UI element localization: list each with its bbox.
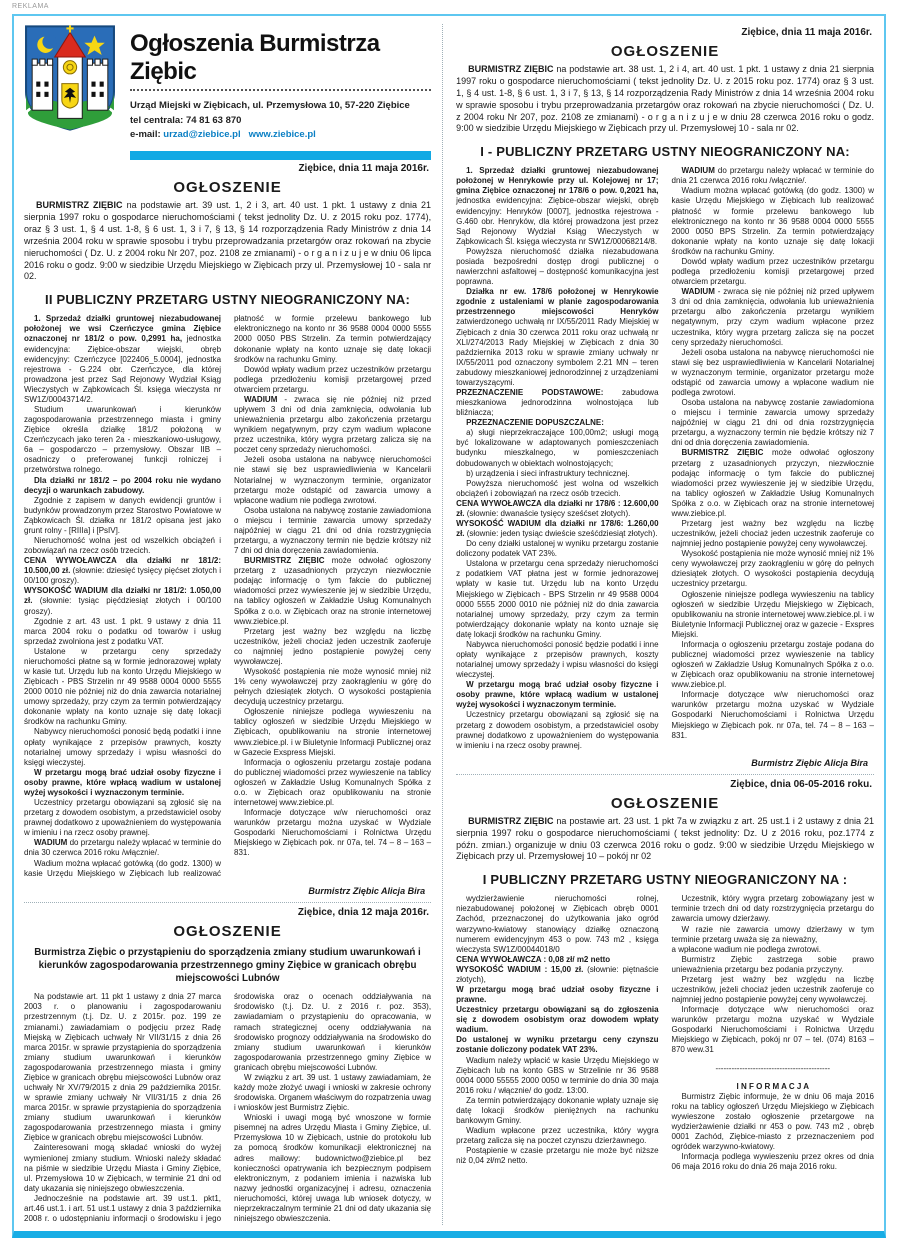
reklama-label: REKLAMA (12, 3, 49, 10)
paragraph: Do ustalonej w wyniku przetargu ceny czy… (456, 1035, 658, 1055)
paragraph: 1. Sprzedaż działki gruntowej niezabudow… (456, 166, 658, 247)
paragraph: Uczestnik, który wygra przetarg zobowiąz… (672, 894, 874, 924)
intro-text: na podstawie art. 39 ust. 1, 2 i 3, art.… (24, 200, 431, 281)
paragraph: W przetargu mogą brać udział osoby fizyc… (456, 680, 658, 710)
paragraph: Do ceny działki ustalonej w wyniku przet… (456, 539, 658, 559)
paragraph: Powyższa nieruchomość działka niezabudow… (456, 247, 658, 287)
paragraph: PRZEZNACZENIE PODSTAWOWE: zabudowa miesz… (456, 388, 658, 418)
announcement-title: OGŁOSZENIE (456, 43, 874, 60)
mayor-signature: Burmistrz Ziębic Alicja Bira (24, 886, 425, 896)
paragraph: Zgodnie z zapisem w danych ewidencji gru… (24, 496, 221, 536)
auction-heading: I - PUBLICZNY PRZETARG USTNY NIEOGRANICZ… (456, 144, 874, 159)
intro-lead: BURMISTRZ ZIĘBIC (468, 64, 553, 74)
paragraph: Informacja o ogłoszeniu przetargu zostaj… (234, 758, 431, 808)
paragraph: Wadium można wpłacać gotówką (do godz. 1… (672, 186, 874, 257)
paragraph: Uczestnicy przetargu obowiązani są zgłos… (24, 798, 221, 838)
masthead-phone: tel centrala: 74 81 63 870 (130, 114, 431, 129)
paragraph: Ustalone w przetargu ceny sprzedaży nier… (24, 647, 221, 728)
paragraph: Nabywcy nieruchomości ponosić będą podat… (24, 727, 221, 767)
coat-of-arms-icon (24, 24, 116, 132)
announcement-title: OGŁOSZENIE (456, 795, 874, 812)
paragraph: Nieruchomość wolna jest od wszelkich obc… (24, 536, 221, 556)
email-link[interactable]: urzad@ziebice.pl (163, 129, 240, 140)
auction-heading: I PUBLICZNY PRZETARG USTNY NIEOGRANICZON… (456, 872, 874, 887)
announcement-right-top: Ziębice, dnia 11 maja 2016r. OGŁOSZENIE … (456, 27, 874, 768)
page-frame: Ogłoszenia Burmistrza Ziębic Urząd Miejs… (12, 14, 886, 1238)
paragraph: a wpłacone wadium nie podlega zwrotowi. (672, 945, 874, 955)
announcement-intro: BURMISTRZ ZIĘBIC na postawie art. 23 ust… (456, 816, 874, 864)
intro-lead: BURMISTRZ ZIĘBIC (36, 200, 123, 210)
announcement-date: Ziębice, dnia 11 maja 2016r. (456, 27, 872, 38)
left-column: Ogłoszenia Burmistrza Ziębic Urząd Miejs… (24, 24, 443, 1225)
paragraph: Informacja podlega wywieszeniu przez okr… (672, 1152, 874, 1172)
masthead-email-row: e-mail: urzad@ziebice.pl www.ziebice.pl (130, 128, 431, 143)
paragraph: CENA WYWOŁAWCZA dla działki nr 181/2: 10… (24, 556, 221, 586)
paragraph: I N F O R M A C J A (672, 1082, 874, 1092)
paragraph: wydzierżawienie nieruchomości rolnej, ni… (456, 894, 658, 954)
paragraph: Przetarg jest ważny bez względu na liczb… (672, 519, 874, 549)
paragraph: Informacje dotyczące w/w nieruchomości o… (234, 808, 431, 858)
paragraph: CENA WYWOŁAWCZA : 0,08 zł/ m2 netto (456, 955, 658, 965)
intro-text: na podstawie art. 38 ust. 1, 2 i 4, art.… (456, 64, 874, 133)
paragraph: Wysokość postąpienia nie może wynosić mn… (234, 667, 431, 707)
paragraph: Jeżeli osoba ustalona na nabywcę nieruch… (234, 455, 431, 505)
paragraph: PRZEZNACZENIE DOPUSZCZALNE: (456, 418, 658, 428)
paragraph: Postąpienie w czasie przetargu nie może … (456, 1146, 658, 1166)
paragraph: Osoba ustalona na nabywcę zostanie zawia… (672, 398, 874, 448)
announcement-title: OGŁOSZENIE (24, 179, 431, 196)
paragraph: Przetarg jest ważny bez względu na liczb… (234, 627, 431, 667)
masthead-title: Ogłoszenia Burmistrza Ziębic (130, 30, 431, 86)
announcement-date: Ziębice, dnia 12 maja 2016r. (24, 907, 429, 918)
paragraph: b) urządzenia i sieci infrastruktury tec… (456, 469, 658, 479)
section-divider (456, 774, 874, 776)
paragraph: Dowód wpłaty wadium przez uczestników pr… (672, 257, 874, 287)
paragraph: Wadium należy wpłacić w kasie Urzędu Mie… (456, 1056, 658, 1096)
paragraph: Burmistrz Ziębic informuje, że w dniu 06… (672, 1092, 874, 1152)
paragraph: ----------------------------------------… (672, 1064, 874, 1074)
announcement-body: wydzierżawienie nieruchomości rolnej, ni… (456, 894, 874, 1172)
announcement-body: 1. Sprzedaż działki gruntowej niezabudow… (456, 166, 874, 751)
paragraph: Działka nr ew. 178/6 położonej w Henryko… (456, 287, 658, 388)
paragraph: Uczestnicy przetargu obowiązani są zgłos… (456, 710, 658, 750)
paragraph: Jeżeli osoba ustalona na nabywcę nieruch… (672, 348, 874, 398)
paragraph: Dla działki nr 181/2 – po 2004 roku nie … (24, 476, 221, 496)
website-link[interactable]: www.ziebice.pl (249, 129, 316, 140)
paragraph: WYSOKOŚĆ WADIUM dla działki nr 178/6: 1.… (456, 519, 658, 539)
paragraph: W przetargu mogą brać udział osoby fizyc… (24, 768, 221, 798)
intro-lead: BURMISTRZ ZIĘBIC (468, 816, 553, 826)
masthead: Ogłoszenia Burmistrza Ziębic Urząd Miejs… (24, 24, 431, 160)
paragraph: BURMISTRZ ZIĘBIC może odwołać ogłoszony … (672, 448, 874, 519)
announcement-body: Na podstawie art. 11 pkt 1 ustawy z dnia… (24, 992, 431, 1225)
paragraph: CENA WYWOŁAWCZA dla działki nr 178/6 : 1… (456, 499, 658, 519)
announcement-body: 1. Sprzedaż działki gruntowej niezabudow… (24, 314, 431, 878)
mayor-signature: Burmistrz Ziębic Alicja Bira (456, 758, 868, 768)
announcement-intro: BURMISTRZ ZIĘBIC na podstawie art. 39 us… (24, 200, 431, 283)
paragraph: Burmistrz Ziębic zastrzega sobie prawo u… (672, 955, 874, 975)
right-column: Ziębice, dnia 11 maja 2016r. OGŁOSZENIE … (455, 24, 874, 1225)
paragraph: Osoba ustalona na nabywcę zostanie zawia… (234, 506, 431, 556)
announcement-intro: BURMISTRZ ZIĘBIC na podstawie art. 38 us… (456, 64, 874, 135)
paragraph: Powyższa nieruchomość jest wolna od wsze… (456, 479, 658, 499)
announcement-left-bottom: Ziębice, dnia 12 maja 2016r. OGŁOSZENIE … (24, 907, 431, 1225)
paragraph: Ogłoszenie niniejsze podlega wywieszeniu… (672, 590, 874, 640)
paragraph: WADIUM do przetargu należy wpłacać w ter… (672, 166, 874, 186)
masthead-address: Urząd Miejski w Ziębicach, ul. Przemysło… (130, 99, 431, 114)
announcement-right-bottom: Ziębice, dnia 06-05-2016 roku. OGŁOSZENI… (456, 779, 874, 1173)
paragraph: Za termin potwierdzający dokonanie wpłat… (456, 1096, 658, 1126)
paragraph: Ogłoszenie niniejsze podlega wywieszeniu… (234, 707, 431, 757)
paragraph: Informacja o ogłoszeniu przetargu zostaj… (672, 640, 874, 690)
paragraph: a) sługi nieprzekraczające 100,00m2; usł… (456, 428, 658, 468)
announcement-date: Ziębice, dnia 06-05-2016 roku. (456, 779, 872, 790)
section-divider (24, 902, 431, 904)
paragraph: Uczestnicy przetargu obowiązani są do zg… (456, 1005, 658, 1035)
paragraph: W razie nie zawarcia umowy dzierżawy w t… (672, 925, 874, 945)
paragraph: WADIUM - zwraca się nie później niż prze… (234, 395, 431, 455)
paragraph: WYSOKOŚĆ WADIUM dla działki nr 181/2: 1.… (24, 586, 221, 616)
announcement-subtitle: Burmistrza Ziębic o przystąpieniu do spo… (32, 946, 423, 986)
paragraph: 1. Sprzedaż działki gruntowej niezabudow… (24, 314, 221, 405)
paragraph: WADIUM do przetargu należy wpłacać w ter… (24, 838, 221, 858)
masthead-accent-bar (130, 151, 431, 160)
paragraph: W przetargu mogą brać udział osoby fizyc… (456, 985, 658, 1005)
announcement-left-top: Ziębice, dnia 11 maja 2016r. OGŁOSZENIE … (24, 163, 431, 896)
paragraph: W związku z art. 39 ust. 1 ustawy zawiad… (234, 1073, 431, 1113)
masthead-text: Ogłoszenia Burmistrza Ziębic Urząd Miejs… (130, 24, 431, 160)
paragraph: WADIUM - zwraca się nie później niż prze… (672, 287, 874, 347)
email-label: e-mail: (130, 129, 161, 140)
paragraph: Wysokość postąpienia nie może wynosić mn… (672, 549, 874, 589)
paragraph: Zgodnie z art. 43 ust. 1 pkt. 9 ustawy z… (24, 617, 221, 647)
announcement-title: OGŁOSZENIE (24, 923, 431, 940)
paragraph: Studium uwarunkowań i kierunków zagospod… (24, 405, 221, 476)
paragraph: BURMISTRZ ZIĘBIC może odwołać ogłoszony … (234, 556, 431, 627)
paragraph: Dowód wpłaty wadium przez uczestników pr… (234, 365, 431, 395)
paragraph: Zainteresowani mogą składać wnioski do w… (24, 1143, 221, 1193)
paragraph: Na podstawie art. 11 pkt 1 ustawy z dnia… (24, 992, 221, 1143)
announcement-date: Ziębice, dnia 11 maja 2016r. (24, 163, 429, 174)
paragraph: Wnioski i uwagi mogą być wnoszone w form… (234, 1113, 431, 1224)
paragraph: WYSOKOŚĆ WADIUM : 15,00 zł. (słownie: pi… (456, 965, 658, 985)
auction-heading: II PUBLICZNY PRZETARG USTNY NIEOGRANICZO… (24, 292, 431, 307)
paragraph: Wadium wpłacone przez uczestnika, który … (456, 1126, 658, 1146)
paragraph: Informacje dotyczące w/w nieruchomości o… (672, 1005, 874, 1055)
paragraph: Przetarg jest ważny bez względu na liczb… (672, 975, 874, 1005)
paragraph: Nabywca nieruchomości ponosić będzie pod… (456, 640, 658, 680)
paragraph: Informacje dotyczące w/w nieruchomości o… (672, 690, 874, 740)
paragraph: Ustalona w przetargu cena sprzedaży nier… (456, 559, 658, 640)
masthead-dotted-rule (130, 89, 431, 93)
newspaper-page: REKLAMA (0, 0, 900, 1248)
